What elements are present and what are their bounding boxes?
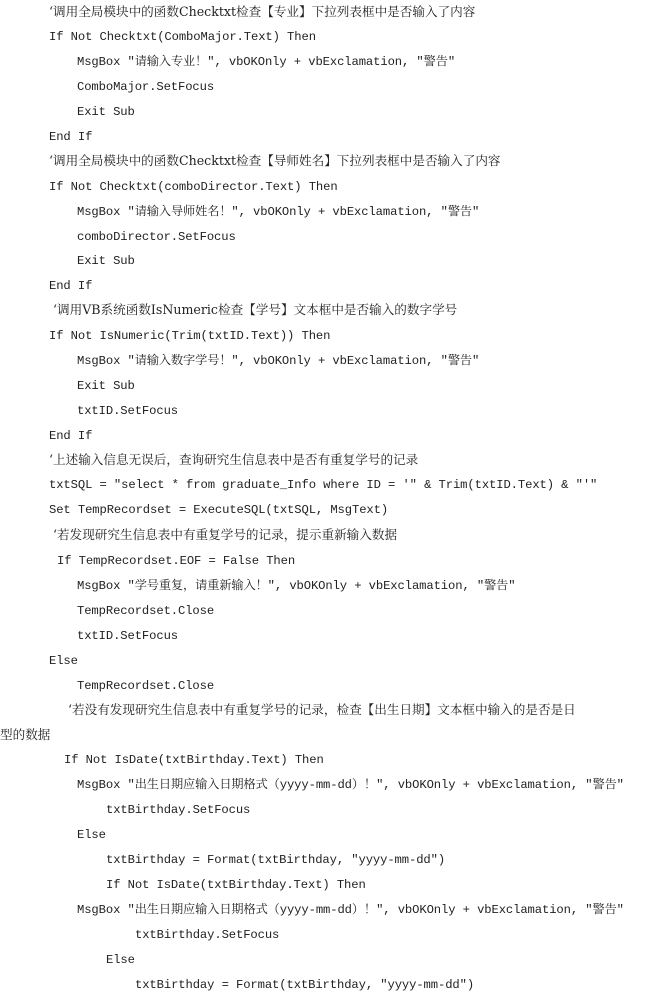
code-line: TempRecordset.Close — [77, 603, 214, 619]
comment-line: ‘若没有发现研究生信息表中有重复学号的记录，检查【出生日期】文本框中输入的是否是… — [68, 702, 576, 718]
code-line: ComboMajor.SetFocus — [77, 79, 214, 95]
code-line: Exit Sub — [77, 253, 135, 269]
code-line: End If — [49, 428, 92, 444]
code-line: MsgBox "请输入数字学号！", vbOKOnly + vbExclamat… — [77, 353, 479, 369]
code-line: End If — [49, 278, 92, 294]
code-line: txtBirthday.SetFocus — [135, 927, 279, 943]
code-line: MsgBox "出生日期应输入日期格式（yyyy-mm-dd）！", vbOKO… — [77, 902, 624, 918]
code-line: txtBirthday = Format(txtBirthday, "yyyy-… — [106, 852, 445, 868]
code-line: Else — [106, 952, 135, 968]
code-line: TempRecordset.Close — [77, 678, 214, 694]
comment-line: ‘调用全局模块中的函数Checktxt检查【专业】下拉列表框中是否输入了内容 — [49, 4, 475, 20]
code-line: If Not Checktxt(comboDirector.Text) Then — [49, 179, 338, 195]
code-line: txtID.SetFocus — [77, 403, 178, 419]
code-line: Exit Sub — [77, 104, 135, 120]
code-line: MsgBox "学号重复，请重新输入！", vbOKOnly + vbExcla… — [77, 578, 515, 594]
code-line: If Not IsNumeric(Trim(txtID.Text)) Then — [49, 328, 330, 344]
code-line: If Not Checktxt(ComboMajor.Text) Then — [49, 29, 316, 45]
code-line: MsgBox "出生日期应输入日期格式（yyyy-mm-dd）！", vbOKO… — [77, 777, 624, 793]
code-line: comboDirector.SetFocus — [77, 229, 236, 245]
code-line: If TempRecordset.EOF = False Then — [57, 553, 295, 569]
code-line: MsgBox "请输入专业！", vbOKOnly + vbExclamatio… — [77, 54, 455, 70]
comment-line: ‘若发现研究生信息表中有重复学号的记录，提示重新输入数据 — [53, 527, 397, 543]
code-line: txtSQL = "select * from graduate_Info wh… — [49, 477, 597, 493]
code-line: Else — [77, 827, 106, 843]
code-line: MsgBox "请输入导师姓名！", vbOKOnly + vbExclamat… — [77, 204, 479, 220]
comment-line: ‘上述输入信息无误后，查询研究生信息表中是否有重复学号的记录 — [49, 452, 418, 468]
code-line: txtID.SetFocus — [77, 628, 178, 644]
code-line: Set TempRecordset = ExecuteSQL(txtSQL, M… — [49, 502, 388, 518]
code-line: If Not IsDate(txtBirthday.Text) Then — [64, 752, 324, 768]
comment-line-continuation: 型的数据 — [0, 727, 50, 743]
code-line: Else — [49, 653, 78, 669]
comment-line: ‘调用VB系统函数IsNumeric检查【学号】文本框中是否输入的数字学号 — [53, 302, 457, 318]
code-line: End If — [49, 129, 92, 145]
code-line: txtBirthday.SetFocus — [106, 802, 250, 818]
comment-line: ‘调用全局模块中的函数Checktxt检查【导师姓名】下拉列表框中是否输入了内容 — [49, 153, 501, 169]
code-line: If Not IsDate(txtBirthday.Text) Then — [106, 877, 366, 893]
code-line: txtBirthday = Format(txtBirthday, "yyyy-… — [135, 977, 474, 993]
code-line: Exit Sub — [77, 378, 135, 394]
